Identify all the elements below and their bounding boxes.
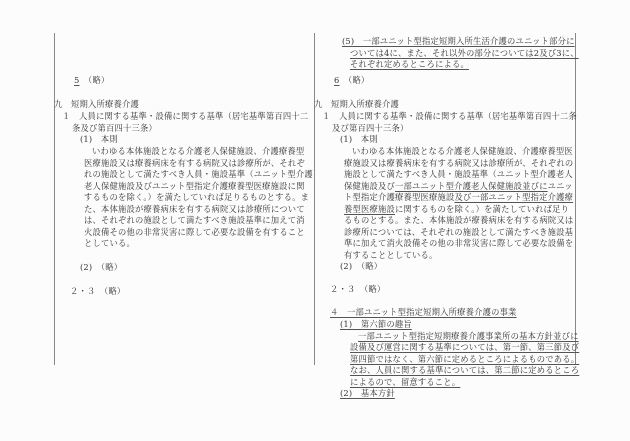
body-line: は、それぞれの施設として満たすべき施設基準に加えて消	[84, 215, 305, 227]
section-heading: 九 短期入所療養介護	[314, 99, 399, 111]
item-4-body-line: によるので、留意すること。	[350, 377, 460, 389]
body-line: 施設として満たすべき人員・施設基準（ユニット型介護老人	[344, 169, 573, 181]
body-line: れの施設として満たすべき人員・施設基準（ユニット型介護	[84, 169, 313, 181]
item-4-body-line: 設備及び運営に関する基準については、第一節、第三節及び	[350, 342, 579, 354]
item-2-3: ２・３ （略）	[70, 286, 125, 298]
right-border-line	[575, 33, 576, 365]
top-block-line: (5) 一部ユニット型指定短期入所生活介護のユニット部分に	[342, 36, 575, 48]
item-6: 6 （略）	[334, 75, 369, 87]
item-4-body-line: なお、人員に関する基準については、第二節に定めるところ	[350, 365, 579, 377]
item-2: (2) （略）	[80, 262, 122, 274]
sub1-line1: １ 人員に関する基準・設備に関する基準（居宅基準第百四十二	[62, 111, 308, 123]
item-4-sub2: (2) 基本方針	[340, 388, 395, 400]
item-4-body-line: 第四節ではなく、第六節に定めるところによるものである。	[350, 354, 579, 366]
sub1-line2: 及び第百四十三条）	[332, 123, 408, 135]
top-block-line: ついては4に、また、それ以外の部分については2及び3に、	[350, 48, 579, 60]
center-divider-line	[314, 33, 315, 365]
body-line: るものとする。また、本体施設が療養病床を有する病院又は	[344, 215, 573, 227]
item-4-heading: ４ 一部ユニット型指定短期入所療養介護の事業	[330, 307, 517, 319]
body-line: いわゆる本体施設となる介護老人保健施設、介護療養型	[92, 146, 304, 158]
amended-text: 及び一部ユニット型指定介護療	[454, 192, 573, 202]
body-line: 養型医療施設に関するものを除く。）を満たしていれば足り	[344, 204, 569, 216]
body-line: 保健施設及び一部ユニット型介護老人保健施設並びにユニッ	[344, 181, 573, 193]
body-line: するものを除く。）を満たしていれば足りるものとする。ま	[84, 192, 309, 204]
body-line: いわゆる本体施設となる介護老人保健施設、介護療養型医	[352, 146, 573, 158]
body-line: としている。	[84, 238, 135, 250]
sub1-line2: 条及び第百四十三条）	[72, 123, 157, 135]
item-2: (2) （略）	[340, 261, 382, 273]
top-block-line: それぞれ定めるところによる。	[350, 59, 469, 71]
body-line: 療施設又は療養病床を有する病院又は診療所が、それぞれの	[344, 158, 573, 170]
hon-soku-heading: (1) 本則	[340, 134, 378, 146]
body-line: ト型指定介護療養型医療施設及び一部ユニット型指定介護療	[344, 192, 573, 204]
body-line: た、本体施設が療養病床を有する病院又は診療所について	[84, 204, 305, 216]
amended-text: 養型医療施設	[344, 204, 395, 214]
amended-text: 一部ユニット型介護老人保健施設並びに	[395, 181, 548, 191]
body-line: 医療施設又は療養病床を有する病院又は診療所が、それぞ	[84, 158, 305, 170]
item-2-3: ２・３ （略）	[330, 284, 385, 296]
item-5: 5 （略）	[74, 75, 109, 87]
body-line: 火設備その他の非常災害に際して必要な設備を有すること	[84, 227, 305, 239]
item-4-body-line: 一部ユニット型指定短期療養介護事業所の基本方針並びに	[358, 331, 579, 343]
body-line: 老人保健施設及びユニット型指定介護療養型医療施設に関	[84, 181, 305, 193]
left-border-line	[54, 33, 55, 365]
sub1-line1: １ 人員に関する基準・設備に関する基準（居宅基準第百四十二条	[322, 111, 577, 123]
item-4-sub1: (1) 第六節の趣旨	[340, 319, 412, 331]
section-heading: 九 短期入所療養介護	[54, 99, 139, 111]
hon-soku-heading: (1) 本則	[80, 134, 118, 146]
body-line: 準に加えて消火設備その他の非常災害に際して必要な設備を	[344, 238, 573, 250]
body-line: 診療所については、それぞれの施設として満たすべき施設基	[344, 227, 573, 239]
body-line: 有することとしている。	[344, 250, 437, 262]
